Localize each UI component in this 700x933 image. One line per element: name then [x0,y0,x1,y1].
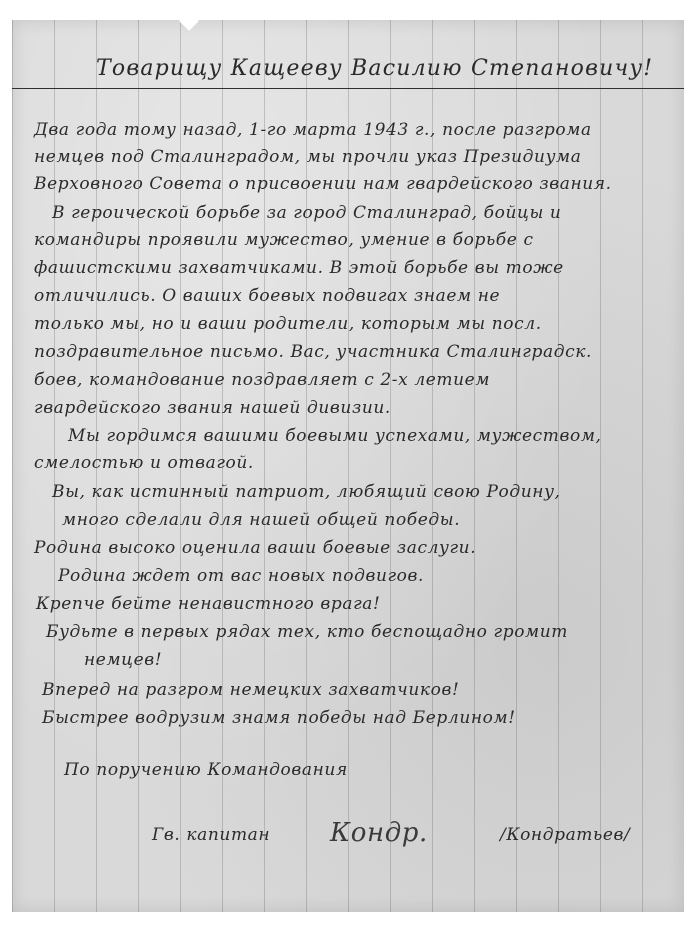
signature-rank: Гв. капитан [152,825,270,845]
salutation: Товарищу Кащееву Василию Степановичу! [96,56,653,81]
letter-line: боев, командование поздравляет с 2-х лет… [34,370,490,390]
letter-line: командиры проявили мужество, умение в бо… [34,230,534,250]
letter-line: только мы, но и ваши родители, которым м… [34,314,542,334]
letter-line: поздравительное письмо. Вас, участника С… [34,342,592,362]
letter-line: смелостью и отвагой. [34,453,254,473]
header-underline [12,88,684,89]
letter-line: Мы гордимся вашими боевыми успехами, муж… [68,426,602,446]
letter-line: гвардейского звания нашей дивизии. [34,398,391,418]
letter-line: много сделали для нашей общей победы. [62,510,460,530]
closing-line: По поручению Командования [64,760,348,780]
letter-line: Вы, как истинный патриот, любящий свою Р… [52,482,561,502]
letter-line: немцев под Сталинградом, мы прочли указ … [34,147,581,167]
letter-line: Будьте в первых рядах тех, кто беспощадн… [46,622,568,642]
letter-line: Крепче бейте ненавистного врага! [36,594,380,614]
letter-line: Родина высоко оценила ваши боевые заслуг… [34,538,476,558]
letter-line: Вперед на разгром немецких захватчиков! [42,680,459,700]
letter-line: В героической борьбе за город Сталинград… [52,203,561,223]
letter-line: Два года тому назад, 1-го марта 1943 г.,… [34,120,592,140]
letter-line: Быстрее водрузим знамя победы над Берлин… [42,708,516,728]
letter-line: фашистскими захватчиками. В этой борьбе … [34,258,564,278]
letter-line: отличились. О ваших боевых подвигах знае… [34,286,500,306]
letter-line: немцев! [84,650,162,670]
letter-line: Родина ждет от вас новых подвигов. [58,566,424,586]
signature-name: /Кондратьев/ [500,825,630,845]
letter-page: Товарищу Кащееву Василию Степановичу! Дв… [12,20,684,912]
signature-scrawl: Кондр. [330,818,428,848]
letter-line: Верховного Совета о присвоении нам гвард… [34,174,612,194]
